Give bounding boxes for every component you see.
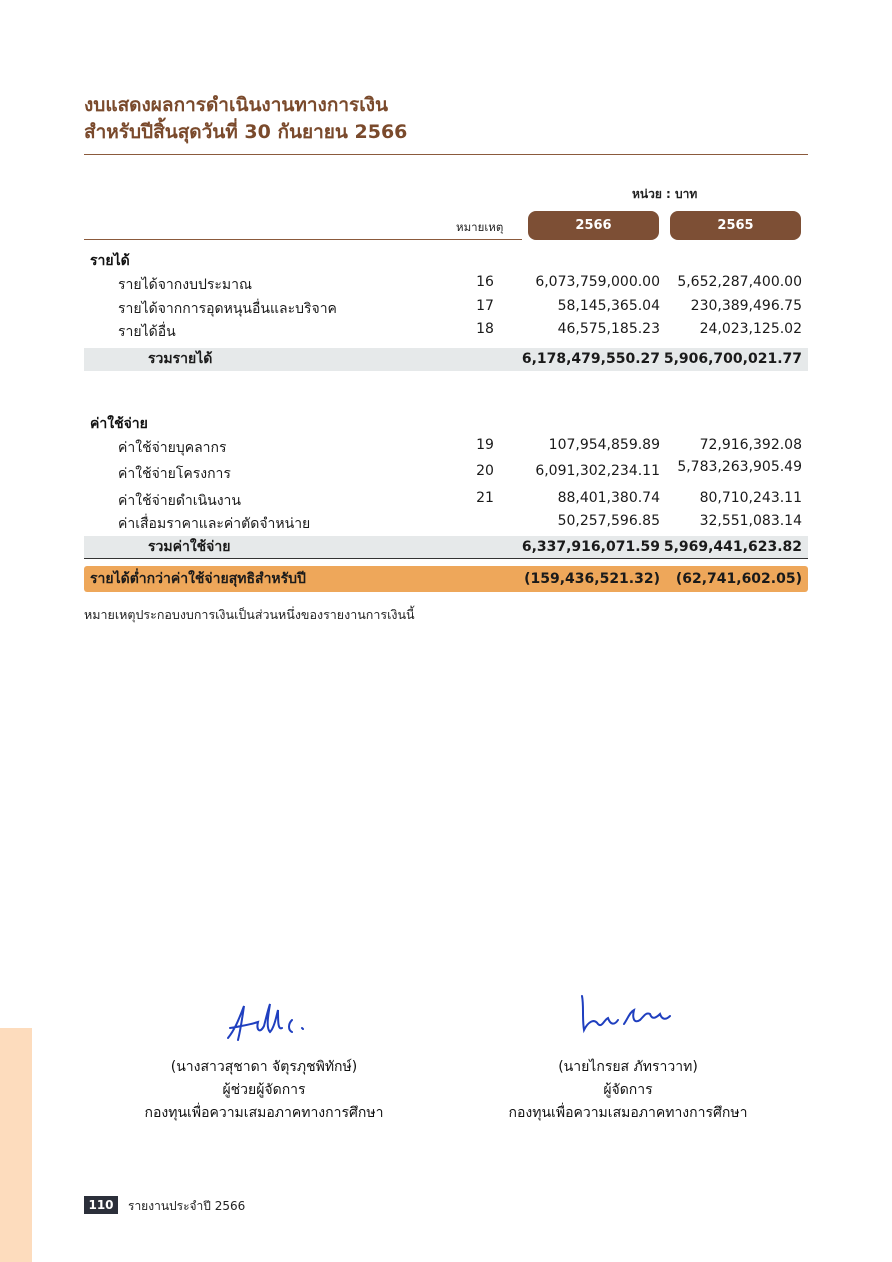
row-value-2566: (159,436,521.32)	[524, 566, 660, 592]
year-2566-header: 2566	[528, 211, 659, 240]
row-label: รายได้จากงบประมาณ	[118, 274, 252, 296]
row-label: รวมค่าใช้จ่าย	[148, 536, 230, 559]
page-title: งบแสดงผลการดำเนินงานทางการเงิน สำหรับปีส…	[84, 92, 407, 146]
row-value-2565: 80,710,243.11	[700, 490, 802, 506]
signature-1-image	[222, 998, 312, 1046]
unit-label: หน่วย : บาท	[632, 185, 697, 204]
row-value-2566: 6,091,302,234.11	[535, 463, 660, 479]
row-label: ค่าใช้จ่ายดำเนินงาน	[118, 490, 241, 512]
row-label: ค่าใช้จ่ายบุคลากร	[118, 437, 227, 459]
row-label: รายได้อื่น	[118, 321, 176, 343]
income-total-row: รวมรายได้ 6,178,479,550.27 5,906,700,021…	[84, 348, 808, 371]
signatory-2: (นายไกรยส ภัทราวาท) ผู้จัดการ กองทุนเพื่…	[478, 1056, 778, 1125]
row-value-2565: 5,652,287,400.00	[677, 274, 802, 290]
row-value-2565: 32,551,083.14	[700, 513, 802, 529]
note-column-header: หมายเหตุ	[456, 219, 503, 237]
title-line-2: สำหรับปีสิ้นสุดวันที่ 30 กันยายน 2566	[84, 119, 407, 146]
row-label: ค่าเสื่อมราคาและค่าตัดจำหน่าย	[118, 513, 310, 535]
expenses-heading: ค่าใช้จ่าย	[90, 413, 148, 435]
row-value-2565: 230,389,496.75	[691, 298, 802, 314]
row-label: ค่าใช้จ่ายโครงการ	[118, 463, 231, 485]
row-note: 20	[474, 463, 496, 479]
row-label: รวมรายได้	[148, 348, 212, 371]
table-row: ค่าเสื่อมราคาและค่าตัดจำหน่าย 50,257,596…	[84, 513, 808, 535]
header-divider	[84, 239, 522, 240]
row-value-2566: 107,954,859.89	[549, 437, 660, 453]
row-value-2566: 6,337,916,071.59	[522, 536, 660, 559]
row-value-2566: 46,575,185.23	[558, 321, 660, 337]
table-row: รายได้อื่น 18 46,575,185.23 24,023,125.0…	[84, 321, 808, 343]
row-note: 21	[474, 490, 496, 506]
row-note: 18	[474, 321, 496, 337]
table-row: รายได้จากงบประมาณ 16 6,073,759,000.00 5,…	[84, 274, 808, 296]
footnote: หมายเหตุประกอบงบการเงินเป็นส่วนหนึ่งของร…	[84, 605, 415, 625]
title-line-1: งบแสดงผลการดำเนินงานทางการเงิน	[84, 92, 407, 119]
page-number: 110	[84, 1196, 118, 1214]
table-row: ค่าใช้จ่ายดำเนินงาน 21 88,401,380.74 80,…	[84, 490, 808, 512]
year-2565-header: 2565	[670, 211, 801, 240]
signatory-name: (นางสาวสุชาดา จัตุรภุชพิทักษ์)	[114, 1056, 414, 1079]
total-divider	[84, 558, 808, 559]
signatory-position: ผู้ช่วยผู้จัดการ	[114, 1079, 414, 1102]
row-value-2566: 50,257,596.85	[558, 513, 660, 529]
row-label: รายได้ต่ำกว่าค่าใช้จ่ายสุทธิสำหรับปี	[90, 566, 306, 592]
row-value-2566: 88,401,380.74	[558, 490, 660, 506]
row-value-2565: 5,783,263,905.49	[677, 459, 802, 475]
row-value-2566: 58,145,365.04	[558, 298, 660, 314]
row-value-2565: 5,969,441,623.82	[664, 536, 802, 559]
table-row: ค่าใช้จ่ายบุคลากร 19 107,954,859.89 72,9…	[84, 437, 808, 459]
row-value-2565: 5,906,700,021.77	[664, 348, 802, 371]
net-result-row: รายได้ต่ำกว่าค่าใช้จ่ายสุทธิสำหรับปี (15…	[84, 566, 808, 592]
signatory-org: กองทุนเพื่อความเสมอภาคทางการศึกษา	[478, 1102, 778, 1125]
row-note: 19	[474, 437, 496, 453]
title-divider	[84, 154, 808, 155]
row-value-2566: 6,073,759,000.00	[535, 274, 660, 290]
row-value-2565: 72,916,392.08	[700, 437, 802, 453]
signatory-name: (นายไกรยส ภัทราวาท)	[478, 1056, 778, 1079]
row-note: 17	[474, 298, 496, 314]
row-label: รายได้จากการอุดหนุนอื่นและบริจาค	[118, 298, 337, 320]
signatory-1: (นางสาวสุชาดา จัตุรภุชพิทักษ์) ผู้ช่วยผู…	[114, 1056, 414, 1125]
signatory-org: กองทุนเพื่อความเสมอภาคทางการศึกษา	[114, 1102, 414, 1125]
table-row: รายได้จากการอุดหนุนอื่นและบริจาค 17 58,1…	[84, 298, 808, 320]
row-value-2565: (62,741,602.05)	[676, 566, 802, 592]
row-value-2566: 6,178,479,550.27	[522, 348, 660, 371]
income-heading: รายได้	[90, 250, 130, 272]
table-row: ค่าใช้จ่ายโครงการ 20 6,091,302,234.11 5,…	[84, 463, 808, 485]
signatory-position: ผู้จัดการ	[478, 1079, 778, 1102]
side-tab-decoration	[0, 1028, 32, 1262]
row-value-2565: 24,023,125.02	[700, 321, 802, 337]
signature-2-image	[574, 990, 684, 1038]
expenses-total-row: รวมค่าใช้จ่าย 6,337,916,071.59 5,969,441…	[84, 536, 808, 559]
row-note: 16	[474, 274, 496, 290]
report-name: รายงานประจำปี 2566	[128, 1197, 245, 1216]
